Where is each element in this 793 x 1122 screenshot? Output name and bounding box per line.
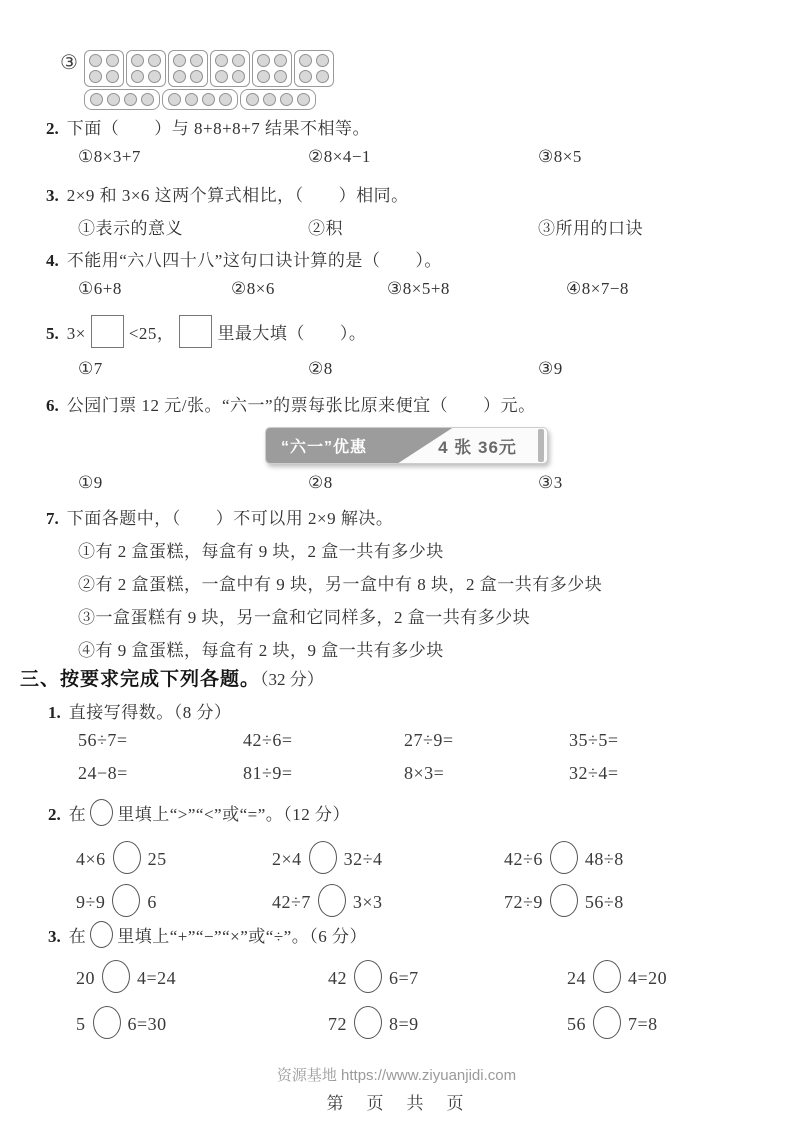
s3-q3-post: 里填上“+”“−”“×”或“÷”。（6 分） xyxy=(117,927,367,946)
operand-left: 56 xyxy=(567,1014,586,1034)
question-7: 7.下面各题中，（ ）不可以用 2×9 解决。 xyxy=(46,504,393,529)
counter-box xyxy=(294,50,334,87)
counter-dot xyxy=(106,54,119,67)
operator-item: 244=20 xyxy=(567,960,667,993)
item3-label: ③ xyxy=(60,50,78,75)
promo-ticket-edge xyxy=(538,429,544,462)
question-7-text: 下面各题中，（ ）不可以用 2×9 解决。 xyxy=(67,509,394,528)
operand-left: 20 xyxy=(76,968,95,988)
compare-item: 4×625 xyxy=(76,841,167,874)
q5-option-2: ②8 xyxy=(308,359,333,379)
s3-q2-post: 里填上“>”“<”或“=”。（12 分） xyxy=(117,805,350,824)
q7-item-4: ④有 9 盒蛋糕，每盒有 2 块，9 盒一共有多少块 xyxy=(78,636,444,661)
counter-dot xyxy=(202,93,215,106)
compare-item: 42÷648÷8 xyxy=(504,841,624,874)
question-5: 5.3×<25，里最大填（ ）。 xyxy=(46,315,366,348)
promo-ticket-right: 4 张 36元 xyxy=(420,428,535,463)
counter-dot xyxy=(90,93,103,106)
operator-item: 567=8 xyxy=(567,1006,658,1039)
answer-circle-blank xyxy=(113,841,141,874)
counter-dot xyxy=(232,54,245,67)
compare-left: 9÷9 xyxy=(76,892,105,912)
compare-left: 42÷7 xyxy=(272,892,311,912)
q2-option-1: ①8×3+7 xyxy=(78,147,141,167)
q7-item-3: ③一盒蛋糕有 9 块，另一盒和它同样多，2 盒一共有多少块 xyxy=(78,603,530,628)
counters-grid xyxy=(84,50,334,110)
diagram-top-row xyxy=(84,50,334,87)
q7-item-2: ②有 2 盒蛋糕，一盒中有 9 块，另一盒中有 8 块，2 盒一共有多少块 xyxy=(78,570,602,595)
operand-left: 42 xyxy=(328,968,347,988)
s3-q3-number: 3. xyxy=(48,927,61,946)
s3-q3: 3.在里填上“+”“−”“×”或“÷”。（6 分） xyxy=(48,921,367,948)
counter-dot xyxy=(299,70,312,83)
compare-right: 32÷4 xyxy=(344,849,383,869)
s3-q1: 1.直接写得数。（8 分） xyxy=(48,698,232,723)
question-5-post: 里最大填（ ）。 xyxy=(217,324,366,343)
counter-dot xyxy=(257,70,270,83)
counter-dot xyxy=(316,70,329,83)
promo-label: “六一”优惠 xyxy=(281,434,367,457)
q3-option-1: ①表示的意义 xyxy=(78,214,183,239)
counter-dot xyxy=(246,93,259,106)
counter-box xyxy=(126,50,166,87)
answer-circle-blank xyxy=(354,960,382,993)
counter-dot xyxy=(148,70,161,83)
answer-circle-blank xyxy=(354,1006,382,1039)
answer-circle-blank xyxy=(93,1006,121,1039)
operand-right: 4=24 xyxy=(137,968,176,988)
question-6: 6.公园门票 12 元/张。“六一”的票每张比原来便宜（ ）元。 xyxy=(46,391,536,416)
question-6-number: 6. xyxy=(46,396,59,415)
question-3-number: 3. xyxy=(46,186,59,205)
compare-right: 3×3 xyxy=(353,892,383,912)
question-2-number: 2. xyxy=(46,119,59,138)
question-5-pre: 3× xyxy=(67,324,86,343)
counter-box xyxy=(210,50,250,87)
q4-option-2: ②8×6 xyxy=(231,279,275,299)
question-2: 2.下面（ ）与 8+8+8+7 结果不相等。 xyxy=(46,114,370,139)
compare-left: 72÷9 xyxy=(504,892,543,912)
counter-dot xyxy=(219,93,232,106)
counter-box xyxy=(162,89,238,110)
operator-item: 728=9 xyxy=(328,1006,419,1039)
q5-option-1: ①7 xyxy=(78,359,103,379)
q4-option-3: ③8×5+8 xyxy=(387,279,450,299)
operand-left: 5 xyxy=(76,1014,86,1034)
calc-item: 27÷9= xyxy=(404,730,454,751)
counter-dot xyxy=(89,54,102,67)
counter-dot xyxy=(148,54,161,67)
q4-option-4: ④8×7−8 xyxy=(566,279,629,299)
counter-dot xyxy=(89,70,102,83)
counter-dot xyxy=(141,93,154,106)
counter-dot xyxy=(232,70,245,83)
counter-dot xyxy=(106,70,119,83)
calc-item: 24−8= xyxy=(78,763,128,784)
counter-box xyxy=(168,50,208,87)
compare-item: 9÷96 xyxy=(76,884,157,917)
counter-dot xyxy=(215,70,228,83)
answer-circle-blank xyxy=(593,1006,621,1039)
question-2-text: 下面（ ）与 8+8+8+7 结果不相等。 xyxy=(67,119,370,138)
operator-item: 56=30 xyxy=(76,1006,167,1039)
section3-title: 三、按要求完成下列各题。 xyxy=(20,669,260,690)
compare-item: 72÷956÷8 xyxy=(504,884,624,917)
operand-right: 4=20 xyxy=(628,968,667,988)
answer-circle-blank xyxy=(309,841,337,874)
calc-item: 8×3= xyxy=(404,763,444,784)
question-5-number: 5. xyxy=(46,324,59,343)
q2-option-3: ③8×5 xyxy=(538,147,582,167)
answer-box-blank xyxy=(91,315,124,348)
answer-circle-blank xyxy=(112,884,140,917)
counter-dot xyxy=(299,54,312,67)
compare-item: 42÷73×3 xyxy=(272,884,383,917)
footer-site-url: 资源基地 https://www.ziyuanjidi.com xyxy=(0,1064,793,1085)
counter-dot xyxy=(257,54,270,67)
operator-item: 426=7 xyxy=(328,960,419,993)
counter-dot xyxy=(263,93,276,106)
counter-dot xyxy=(131,70,144,83)
q1-item3-diagram: ③ xyxy=(60,50,334,110)
operand-right: 7=8 xyxy=(628,1014,658,1034)
q6-option-2: ②8 xyxy=(308,473,333,493)
answer-circle-blank xyxy=(550,884,578,917)
counter-dot xyxy=(190,54,203,67)
counter-dot xyxy=(274,70,287,83)
operand-left: 72 xyxy=(328,1014,347,1034)
promo-price: 4 张 36元 xyxy=(438,433,517,458)
counter-dot xyxy=(168,93,181,106)
operand-right: 8=9 xyxy=(389,1014,419,1034)
counter-dot xyxy=(280,93,293,106)
calc-item: 81÷9= xyxy=(243,763,293,784)
counter-dot xyxy=(190,70,203,83)
counter-dot xyxy=(107,93,120,106)
answer-circle-blank xyxy=(90,799,113,826)
s3-q2: 2.在里填上“>”“<”或“=”。（12 分） xyxy=(48,799,350,826)
answer-circle-blank xyxy=(593,960,621,993)
s3-q2-pre: 在 xyxy=(69,805,87,824)
s3-q2-number: 2. xyxy=(48,805,61,824)
q6-option-3: ③3 xyxy=(538,473,563,493)
question-4: 4.不能用“六八四十八”这句口诀计算的是（ ）。 xyxy=(46,246,442,271)
question-4-number: 4. xyxy=(46,251,59,270)
question-6-text: 公园门票 12 元/张。“六一”的票每张比原来便宜（ ）元。 xyxy=(67,396,536,415)
answer-circle-blank xyxy=(550,841,578,874)
s3-q1-title: 直接写得数。（8 分） xyxy=(69,703,232,722)
counter-dot xyxy=(316,54,329,67)
q2-option-2: ②8×4−1 xyxy=(308,147,371,167)
answer-circle-blank xyxy=(318,884,346,917)
q3-option-3: ③所用的口诀 xyxy=(538,214,643,239)
answer-circle-blank xyxy=(90,921,113,948)
counter-dot xyxy=(215,54,228,67)
q5-option-3: ③9 xyxy=(538,359,563,379)
question-3: 3.2×9 和 3×6 这两个算式相比，（ ）相同。 xyxy=(46,181,409,206)
calc-item: 42÷6= xyxy=(243,730,293,751)
compare-right: 25 xyxy=(148,849,167,869)
question-4-text: 不能用“六八四十八”这句口诀计算的是（ ）。 xyxy=(67,251,442,270)
counter-dot xyxy=(274,54,287,67)
counter-dot xyxy=(173,54,186,67)
question-5-mid: <25， xyxy=(129,324,175,343)
answer-box-blank xyxy=(179,315,212,348)
counter-dot xyxy=(297,93,310,106)
q4-option-1: ①6+8 xyxy=(78,279,122,299)
q6-option-1: ①9 xyxy=(78,473,103,493)
q7-item-1: ①有 2 盒蛋糕，每盒有 9 块，2 盒一共有多少块 xyxy=(78,537,444,562)
diagram-bottom-row xyxy=(84,89,334,110)
footer-page-label: 第 页 共 页 xyxy=(0,1089,793,1114)
answer-circle-blank xyxy=(102,960,130,993)
promo-ticket: “六一”优惠 4 张 36元 xyxy=(265,427,548,464)
counter-box xyxy=(84,89,160,110)
operand-right: 6=30 xyxy=(128,1014,167,1034)
compare-left: 4×6 xyxy=(76,849,106,869)
q3-option-2: ②积 xyxy=(308,214,343,239)
calc-item: 56÷7= xyxy=(78,730,128,751)
compare-right: 48÷8 xyxy=(585,849,624,869)
s3-q1-number: 1. xyxy=(48,703,61,722)
calc-item: 35÷5= xyxy=(569,730,619,751)
s3-q3-pre: 在 xyxy=(69,927,87,946)
compare-left: 42÷6 xyxy=(504,849,543,869)
operand-right: 6=7 xyxy=(389,968,419,988)
compare-right: 56÷8 xyxy=(585,892,624,912)
counter-dot xyxy=(131,54,144,67)
counter-box xyxy=(84,50,124,87)
operator-item: 204=24 xyxy=(76,960,176,993)
calc-item: 32÷4= xyxy=(569,763,619,784)
counter-dot xyxy=(173,70,186,83)
question-3-text: 2×9 和 3×6 这两个算式相比，（ ）相同。 xyxy=(67,186,409,205)
worksheet-page: ③ 2.下面（ ）与 8+8+8+7 结果不相等。 ①8×3+7 ②8×4−1 … xyxy=(0,0,793,1122)
counter-dot xyxy=(124,93,137,106)
section3-header: 三、按要求完成下列各题。（32 分） xyxy=(20,664,324,691)
compare-left: 2×4 xyxy=(272,849,302,869)
compare-right: 6 xyxy=(147,892,157,912)
counter-dot xyxy=(185,93,198,106)
question-7-number: 7. xyxy=(46,509,59,528)
section3-score: （32 分） xyxy=(260,670,324,689)
compare-item: 2×432÷4 xyxy=(272,841,383,874)
operand-left: 24 xyxy=(567,968,586,988)
counter-box xyxy=(252,50,292,87)
counter-box xyxy=(240,89,316,110)
